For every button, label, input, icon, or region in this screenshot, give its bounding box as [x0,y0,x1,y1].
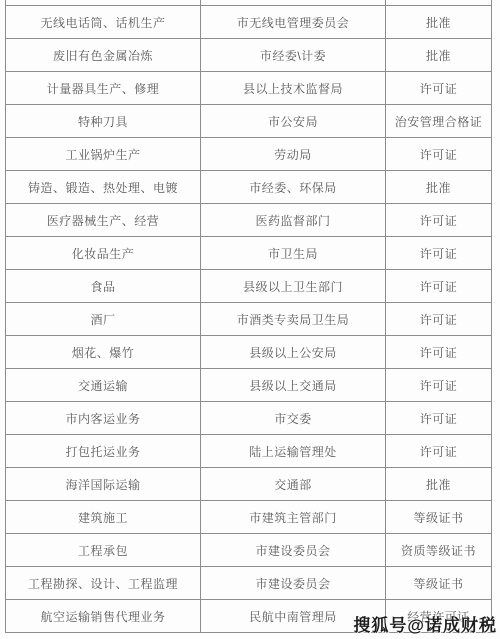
cell-approval-type: 许可证 [386,237,492,270]
cell-business-item: 海洋国际运输 [6,468,201,501]
cell-business-item: 工程承包 [6,534,201,567]
approval-table: 无线电话筒、话机生产市无线电管理委员会批准废旧有色金属冶炼市经委\计委批准计量器… [5,0,492,633]
cell-approval-type: 资质等级证书 [386,534,492,567]
cell-business-item: 食品 [6,270,201,303]
cell-business-item: 化妆品生产 [6,237,201,270]
cell-approving-authority: 市交委 [201,402,386,435]
cell-approving-authority: 市经委、环保局 [201,171,386,204]
table-row: 交通运输县级以上交通局许可证 [6,369,492,402]
cell-approval-type: 许可证 [386,435,492,468]
cell-business-item: 特种刀具 [6,105,201,138]
table-row: 废旧有色金属冶炼市经委\计委批准 [6,39,492,72]
table-row: 酒厂市酒类专卖局卫生局许可证 [6,303,492,336]
cell-approval-type: 许可证 [386,336,492,369]
cell-approval-type: 许可证 [386,270,492,303]
cell-approving-authority: 市建设委员会 [201,567,386,600]
screenshot-root: 无线电话筒、话机生产市无线电管理委员会批准废旧有色金属冶炼市经委\计委批准计量器… [0,0,500,639]
cell-approval-type: 许可证 [386,402,492,435]
table-row: 建筑施工市建筑主管部门等级证书 [6,501,492,534]
cell-approval-type: 许可证 [386,303,492,336]
cell-business-item: 医疗器械生产、经营 [6,204,201,237]
cell-approving-authority: 市建筑主管部门 [201,501,386,534]
cell-approving-authority: 市酒类专卖局卫生局 [201,303,386,336]
table-row: 特种刀具市公安局治安管理合格证 [6,105,492,138]
table-row: 工业锅炉生产劳动局许可证 [6,138,492,171]
table-row: 打包托运业务陆上运输管理处许可证 [6,435,492,468]
cell-business-item: 工程勘探、设计、工程监理 [6,567,201,600]
cell-business-item: 无线电话筒、话机生产 [6,6,201,39]
cell-approving-authority: 市公安局 [201,105,386,138]
cell-approving-authority: 陆上运输管理处 [201,435,386,468]
cell-approval-type: 等级证书 [386,501,492,534]
cell-business-item: 交通运输 [6,369,201,402]
cell-approval-type: 批准 [386,468,492,501]
cell-approval-type: 批准 [386,6,492,39]
cell-business-item: 建筑施工 [6,501,201,534]
cell-approving-authority: 劳动局 [201,138,386,171]
cell-business-item: 铸造、锻造、热处理、电镀 [6,171,201,204]
cell-approving-authority: 市建设委员会 [201,534,386,567]
cell-business-item: 烟花、爆竹 [6,336,201,369]
cell-approval-type: 许可证 [386,138,492,171]
table-row: 计量器具生产、修理县以上技术监督局许可证 [6,72,492,105]
cell-business-item: 酒厂 [6,303,201,336]
cell-approving-authority: 县级以上交通局 [201,369,386,402]
table-row: 医疗器械生产、经营医药监督部门许可证 [6,204,492,237]
watermark: 搜狐号@诺成财税 [353,611,497,636]
cell-approving-authority: 市经委\计委 [201,39,386,72]
cell-business-item: 航空运输销售代理业务 [6,600,201,633]
table-row: 工程勘探、设计、工程监理市建设委员会等级证书 [6,567,492,600]
table-row: 海洋国际运输交通部批准 [6,468,492,501]
cell-approval-type: 许可证 [386,204,492,237]
cell-business-item: 计量器具生产、修理 [6,72,201,105]
cell-business-item: 废旧有色金属冶炼 [6,39,201,72]
cell-business-item: 市内客运业务 [6,402,201,435]
table-row: 无线电话筒、话机生产市无线电管理委员会批准 [6,6,492,39]
cell-approval-type: 治安管理合格证 [386,105,492,138]
cell-approving-authority: 市卫生局 [201,237,386,270]
table-row: 化妆品生产市卫生局许可证 [6,237,492,270]
cell-business-item: 工业锅炉生产 [6,138,201,171]
table-row: 市内客运业务市交委许可证 [6,402,492,435]
cell-approval-type: 批准 [386,171,492,204]
cell-approving-authority: 县级以上公安局 [201,336,386,369]
cell-approving-authority: 县以上技术监督局 [201,72,386,105]
table-row: 食品县级以上卫生部门许可证 [6,270,492,303]
cell-approving-authority: 医药监督部门 [201,204,386,237]
cell-approval-type: 许可证 [386,369,492,402]
cell-approval-type: 批准 [386,39,492,72]
cell-approving-authority: 市无线电管理委员会 [201,6,386,39]
cell-approving-authority: 县级以上卫生部门 [201,270,386,303]
table-row: 工程承包市建设委员会资质等级证书 [6,534,492,567]
cell-approval-type: 等级证书 [386,567,492,600]
cell-business-item: 打包托运业务 [6,435,201,468]
cell-approval-type: 许可证 [386,72,492,105]
table-row: 烟花、爆竹县级以上公安局许可证 [6,336,492,369]
table-body: 无线电话筒、话机生产市无线电管理委员会批准废旧有色金属冶炼市经委\计委批准计量器… [6,0,492,633]
cell-approving-authority: 交通部 [201,468,386,501]
table-row: 铸造、锻造、热处理、电镀市经委、环保局批准 [6,171,492,204]
